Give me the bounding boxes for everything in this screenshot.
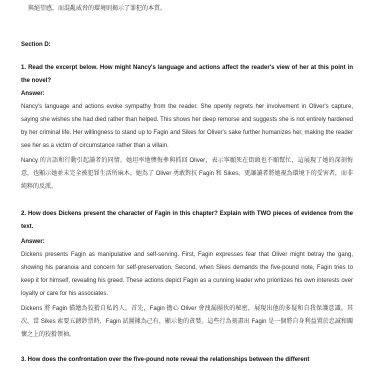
document-page: 與絕望感，而混亂威脅的環境則揭示了罪犯的本質。 Section D: 1. Re… <box>0 0 375 375</box>
answer-label-2: Answer: <box>21 236 353 249</box>
answer-1-english: Nancy's language and actions evoke sympa… <box>21 101 353 153</box>
question-3-text: 3. How does the confrontation over the f… <box>21 354 353 367</box>
answer-1-chinese: Nancy 的言語和行動引起讀者的同情。她坦率地懊悔參與抓回 Oliver，表示… <box>21 155 353 194</box>
answer-2-chinese: Dickens 將 Fagin 描繪為狡猾自私的人。首先，Fagin 擔心 Ol… <box>21 303 353 342</box>
answer-label-1: Answer: <box>21 88 353 101</box>
intro-fragment-text: 與絕望感，而混亂威脅的環境則揭示了罪犯的本質。 <box>28 3 353 16</box>
section-heading: Section D: <box>21 39 353 52</box>
question-2-text: 2. How does Dickens present the characte… <box>21 208 353 234</box>
answer-2-english: Dickens presents Fagin as manipulative a… <box>21 249 353 301</box>
question-1-text: 1. Read the excerpt below. How might Nan… <box>21 62 353 88</box>
